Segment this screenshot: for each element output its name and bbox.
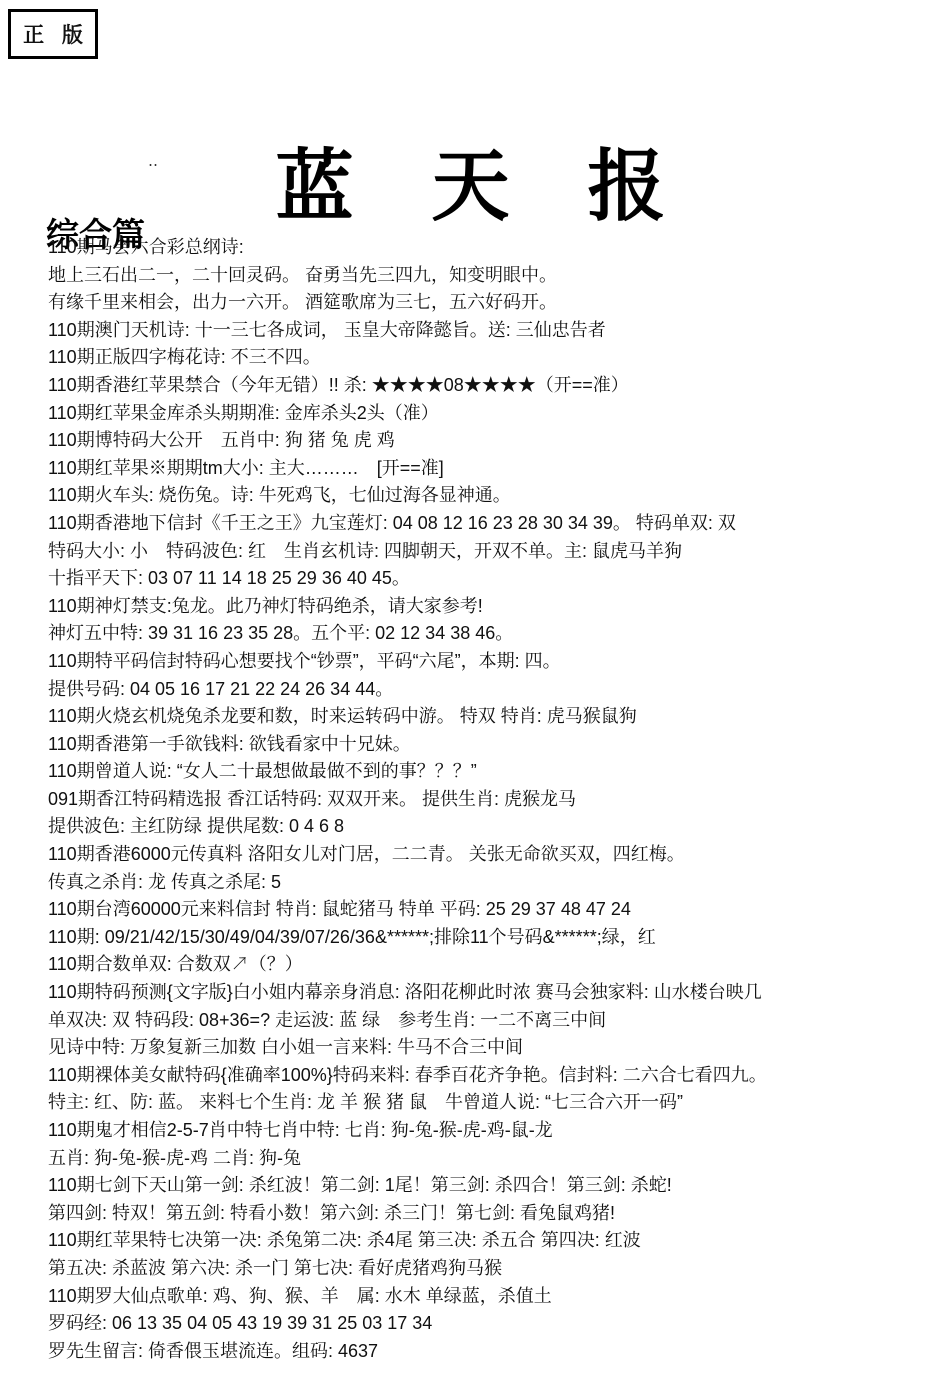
text-line: 110期马会六合彩总纲诗: [48, 234, 928, 262]
text-line: 第四剑: 特双！第五剑: 特看小数！第六剑: 杀三门！第七剑: 看兔鼠鸡猪! [48, 1200, 928, 1228]
text-line: 110期正版四字梅花诗: 不三不四。 [48, 344, 928, 372]
text-line: 110期火烧玄机烧兔杀龙要和数，时来运转码中游。 特双 特肖: 虎马猴鼠狗 [48, 703, 928, 731]
text-line: 第五决: 杀蓝波 第六决: 杀一门 第七决: 看好虎猪鸡狗马猴 [48, 1255, 928, 1283]
text-line: 特主: 红、防: 蓝。 来料七个生肖: 龙 羊 猴 猪 鼠 牛曾道人说: “七三… [48, 1089, 928, 1117]
text-line: 110期罗大仙点歌单: 鸡、狗、猴、羊 属: 水木 单绿蓝，杀值土 [48, 1283, 928, 1311]
authentic-badge: 正 版 [8, 9, 98, 59]
text-line: 特码大小: 小 特码波色: 红 生肖玄机诗: 四脚朝天，开双不单。主: 鼠虎马羊… [48, 538, 928, 566]
text-line: 110期神灯禁支:兔龙。此乃神灯特码绝杀，请大家参考! [48, 593, 928, 621]
text-line: 有缘千里来相会，出力一六开。 酒筵歌席为三七，五六好码开。 [48, 289, 928, 317]
text-line: 110期七剑下天山第一剑: 杀红波！第二剑: 1尾！第三剑: 杀四合！第三剑: … [48, 1172, 928, 1200]
text-line: 110期鬼才相信2-5-7肖中特七肖中特: 七肖: 狗-兔-猴-虎-鸡-鼠-龙 [48, 1117, 928, 1145]
text-line: 110期香港6000元传真料 洛阳女儿对门居，二二青。 关张无命欲买双，四红梅。 [48, 841, 928, 869]
text-line: 110期博特码大公开 五肖中: 狗 猪 兔 虎 鸡 [48, 427, 928, 455]
text-line: 110期: 09/21/42/15/30/49/04/39/07/26/36&*… [48, 924, 928, 952]
content-lines: 110期马会六合彩总纲诗:地上三石出二一，二十回灵码。 奋勇当先三四九，知变明眼… [48, 234, 928, 1365]
text-line: 110期红苹果※期期tm大小: 主大……… [开==准] [48, 455, 928, 483]
text-line: 提供波色: 主红防绿 提供尾数: 0 4 6 8 [48, 813, 928, 841]
text-line: 110期合数单双: 合数双↗（？） [48, 951, 928, 979]
text-line: 五肖: 狗-兔-猴-虎-鸡 二肖: 狗-兔 [48, 1145, 928, 1173]
text-line: 见诗中特: 万象复新三加数 白小姐一言来料: 牛马不合三中间 [48, 1034, 928, 1062]
text-line: 110期红苹果金库杀头期期准: 金库杀头2头（准） [48, 400, 928, 428]
text-line: 110期特平码信封特码心想要找个“钞票”，平码“六尾”，本期: 四。 [48, 648, 928, 676]
text-line: 110期红苹果特七决第一决: 杀兔第二决: 杀4尾 第三决: 杀五合 第四决: … [48, 1227, 928, 1255]
text-line: 提供号码: 04 05 16 17 21 22 24 26 34 44。 [48, 676, 928, 704]
text-line: 单双决: 双 特码段: 08+36=? 走运波: 蓝 绿 参考生肖: 一二不离三… [48, 1007, 928, 1035]
lottery-newspaper-page: 正 版 蓝天报 ‥ 综合篇 110期马会六合彩总纲诗:地上三石出二一，二十回灵码… [0, 0, 941, 1388]
text-line: 110期曾道人说: “女人二十最想做最做不到的事？？？” [48, 758, 928, 786]
text-line: 罗先生留言: 倚香偎玉堪流连。组码: 4637 [48, 1338, 928, 1366]
text-line: 110期特码预测{文字版}白小姐内幕亲身消息: 洛阳花柳此时浓 赛马会独家料: … [48, 979, 928, 1007]
authentic-badge-label: 正 版 [17, 19, 89, 49]
text-line: 110期香港红苹果禁合（今年无错）!! 杀: ★★★★08★★★★（开==准） [48, 372, 928, 400]
text-line: 110期火车头: 烧伤兔。诗: 牛死鸡飞，七仙过海各显神通。 [48, 482, 928, 510]
text-line: 110期澳门天机诗: 十一三七各成词， 玉皇大帝降懿旨。送: 三仙忠告者 [48, 317, 928, 345]
decorative-dots: ‥ [148, 152, 161, 170]
text-line: 十指平天下: 03 07 11 14 18 25 29 36 40 45。 [48, 565, 928, 593]
text-line: 110期台湾60000元来料信封 特肖: 鼠蛇猪马 特单 平码: 25 29 3… [48, 896, 928, 924]
text-line: 罗码经: 06 13 35 04 05 43 19 39 31 25 03 17… [48, 1310, 928, 1338]
text-line: 110期裸体美女献特码{准确率100%}特码来料: 春季百花齐争艳。信封料: 二… [48, 1062, 928, 1090]
text-line: 091期香江特码精选报 香江话特码: 双双开来。 提供生肖: 虎猴龙马 [48, 786, 928, 814]
text-line: 110期香港地下信封《千王之王》九宝莲灯: 04 08 12 16 23 28 … [48, 510, 928, 538]
text-line: 神灯五中特: 39 31 16 23 35 28。五个平: 02 12 34 3… [48, 620, 928, 648]
text-line: 地上三石出二一，二十回灵码。 奋勇当先三四九，知变明眼中。 [48, 262, 928, 290]
text-line: 110期香港第一手欲钱料: 欲钱看家中十兄妹。 [48, 731, 928, 759]
text-line: 传真之杀肖: 龙 传真之杀尾: 5 [48, 869, 928, 897]
